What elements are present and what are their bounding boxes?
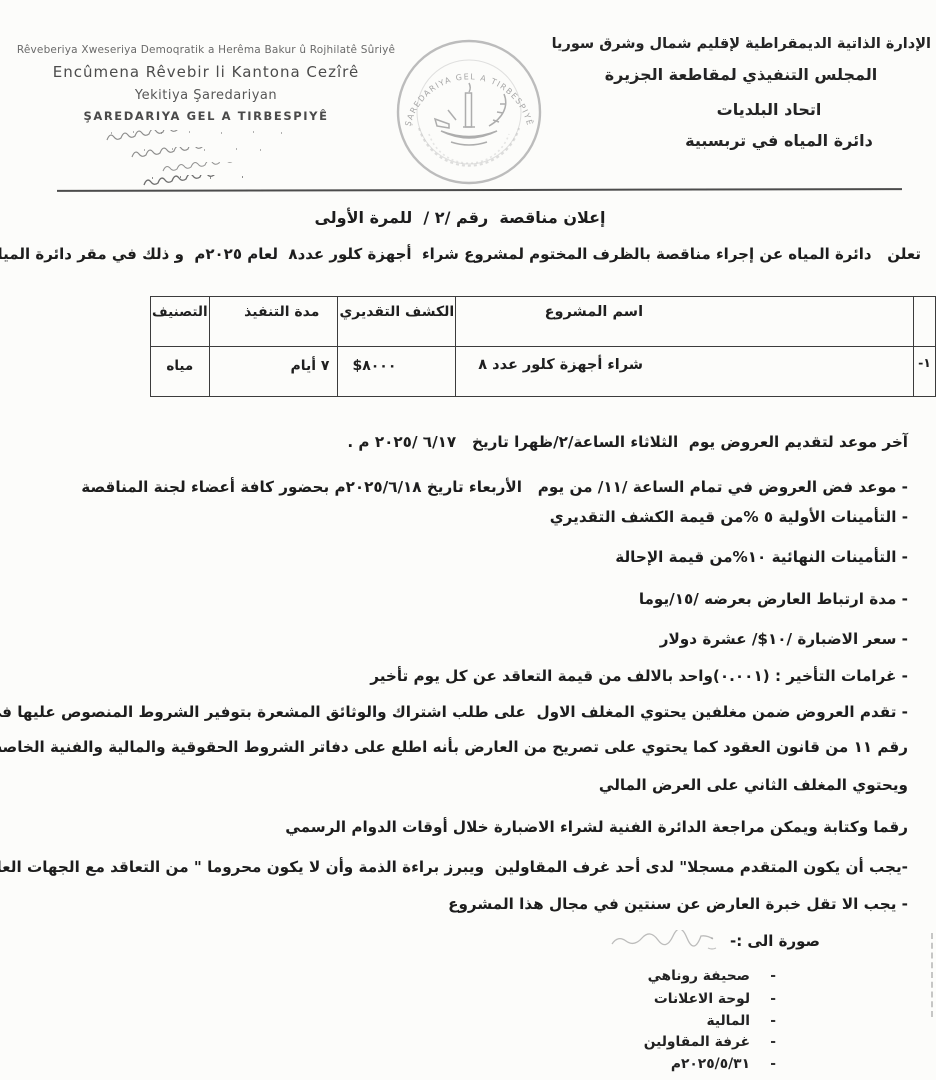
copy-list-item: - المالية [706,1013,776,1029]
term-file-price: - سعر الاضبارة /١٠$/ عشرة دولار [660,630,908,648]
header-right-block: الإدارة الذاتية الديمقراطية لإقليم شمال … [551,36,931,150]
project-name-cell: شراء أجهزة كلور عدد ٨ [456,347,914,397]
copy-item-contractors-chamber: غرفة المقاولين [644,1034,750,1050]
handwritten-note [608,930,720,952]
syriac-text-line [128,147,278,161]
copy-list-item: - صحيفة روناهي [648,968,776,984]
table-row: ١- شراء أجهزة كلور عدد ٨ ٨٠٠٠$ ٧ أيام مي… [151,347,936,397]
col-header-index [914,297,936,347]
copy-item-finance: المالية [706,1013,750,1029]
term-initial-deposit: - التأمينات الأولية ٥ %من قيمة الكشف الت… [550,508,908,526]
municipality-name-kurdish: ŞAREDARIYA GEL A TIRBESPIYÊ [6,109,406,123]
tender-announcement-title: إعلان مناقصة رقم /٢ / للمرة الأولى [0,208,928,227]
stamp-monument-art [435,83,506,145]
term-submission-deadline: آخر موعد لتقديم العروض يوم الثلاثاء السا… [347,433,908,451]
term-minimum-experience: - يجب الا تقل خبرة العارض عن سنتين في مج… [448,895,908,913]
municipalities-union-title: اتحاد البلديات [579,100,936,119]
list-dash: - [768,991,776,1007]
water-department-title: دائرة المياه في تربسبية [589,131,936,150]
list-dash: - [768,1056,776,1072]
syriac-text-line [103,130,303,144]
copy-list-item: - غرفة المقاولين [644,1034,776,1050]
term-final-deposit: - التأمينات النهائية ١٠%من قيمة الإحالة [615,548,908,566]
stamp-arc-text: ŞAREDARIYA GEL A TIRBESPIYÊ [404,72,537,127]
col-header-execution-duration: مدة التنفيذ [209,297,338,347]
syriac-text-line [160,162,248,175]
term-offer-validity: - مدة ارتباط العارض بعرضه /١٥/يوما [639,590,908,608]
term-review-office-hours: رقما وكتابة ويمكن مراجعة الدائرة الفنية … [285,818,908,836]
syriac-text-line [140,175,268,189]
tender-intro-paragraph: تعلن دائرة المياه عن إجراء مناقصة بالظرف… [0,245,921,263]
tender-projects-table: اسم المشروع الكشف التقديري مدة التنفيذ ا… [150,296,936,397]
table-header-row: اسم المشروع الكشف التقديري مدة التنفيذ ا… [151,297,936,347]
term-envelopes-line2: رقم ١١ من قانون العقود كما يحتوي على تصر… [0,738,908,756]
duration-cell: ٧ أيام [209,347,338,397]
municipality-stamp: ŞAREDARIYA GEL A TIRBESPIYÊ [393,36,545,188]
col-header-estimated-cost: الكشف التقديري [338,297,456,347]
copy-item-newspaper: صحيفة روناهي [648,968,750,984]
term-envelopes-line1: - تقدم العروض ضمن مغلفين يحتوي المغلف ال… [0,703,908,721]
row-index-cell: ١- [914,347,936,397]
list-dash: - [768,1034,776,1050]
copy-item-notice-board: لوحة الاعلانات [654,991,750,1007]
list-dash: - [768,968,776,984]
administration-title-arabic: الإدارة الذاتية الديمقراطية لإقليم شمال … [551,36,931,52]
copy-to-label: صورة الى :- [730,932,820,950]
term-opening-date: - موعد فض العروض في تمام الساعة /١١/ من … [81,478,908,496]
scanned-tender-document: Rêveberiya Xweseriya Demoqratik a Herêma… [0,0,936,1080]
estimated-cost-cell: ٨٠٠٠$ [338,347,456,397]
executive-council-title: المجلس التنفيذي لمقاطعة الجزيرة [551,65,931,84]
scan-edge-artifact [931,933,933,1017]
list-dash: - [768,1013,776,1029]
union-name-kurdish: Yekitiya Şaredariyan [6,88,406,103]
term-delay-penalty: - غرامات التأخير : (٠.٠٠١)واحد بالالف من… [370,667,908,685]
admin-name-kurdish: Rêveberiya Xweseriya Demoqratik a Herêma… [6,44,406,56]
copy-item-date: ٢٠٢٥/٥/٣١م [671,1056,750,1072]
category-cell: مياه [151,347,210,397]
stamp-outer-ring [398,41,540,183]
header-divider-line [57,188,902,192]
term-envelopes-line3: ويحتوي المغلف الثاني على العرض المالي [599,776,908,794]
col-header-category: التصنيف [151,297,210,347]
stamp-bottom-text-band [419,128,519,166]
term-contractor-registration: -يجب أن يكون المتقدم مسجلا" لدى أحد غرف … [0,858,908,876]
copy-list-item: - ٢٠٢٥/٥/٣١م [671,1056,776,1072]
header-left-block: Rêveberiya Xweseriya Demoqratik a Herêma… [6,44,406,123]
copy-list-item: - لوحة الاعلانات [654,991,776,1007]
copy-to-line: صورة الى :- [608,930,820,952]
col-header-project-name: اسم المشروع [456,297,914,347]
council-name-kurdish: Encûmena Rêvebir li Kantona Cezîrê [6,63,406,81]
